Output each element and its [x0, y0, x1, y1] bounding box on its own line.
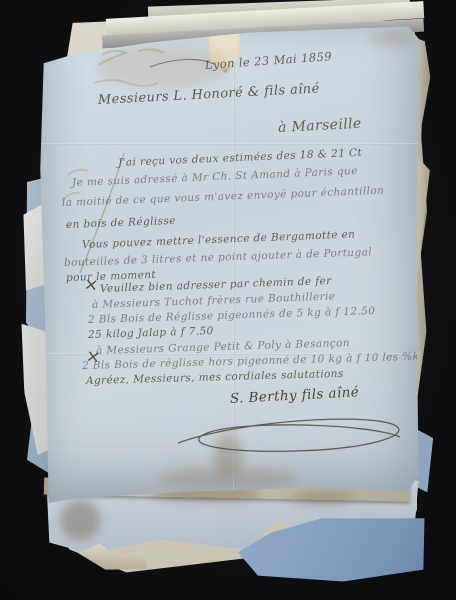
stain-bottom-left-corner [60, 500, 100, 540]
letter-signature: S. Berthy fils aîné [230, 384, 360, 407]
letter-line: en bois de Réglisse [66, 215, 176, 231]
letter-line: Je me suis adressé à Mr Ch. St Amand à P… [72, 165, 358, 189]
letter-addressee: Messieurs L. Honoré & fils aîné [98, 81, 320, 108]
signature-flourish [178, 419, 400, 451]
stain-bottom-band-right [290, 492, 354, 505]
letter-destination: à Marseille [278, 116, 362, 136]
margin-cross-mark-upper: × [83, 274, 100, 296]
photo-frame: Lyon le 23 Mai 1859 Messieurs L. Honoré … [0, 0, 456, 600]
stain-bottom-edge [158, 467, 298, 489]
fold-crease-horizontal-upper [38, 143, 420, 145]
top-letter-sheet: Lyon le 23 Mai 1859 Messieurs L. Honoré … [38, 25, 420, 503]
letter-line: 25 kilog Jalap à f 7.50 [88, 325, 214, 341]
margin-cross-mark-lower: × [85, 346, 102, 368]
foxing-stain-top-right [368, 31, 414, 47]
letter-line: la moitié de ce que vous m'avez envoyé p… [62, 185, 385, 209]
